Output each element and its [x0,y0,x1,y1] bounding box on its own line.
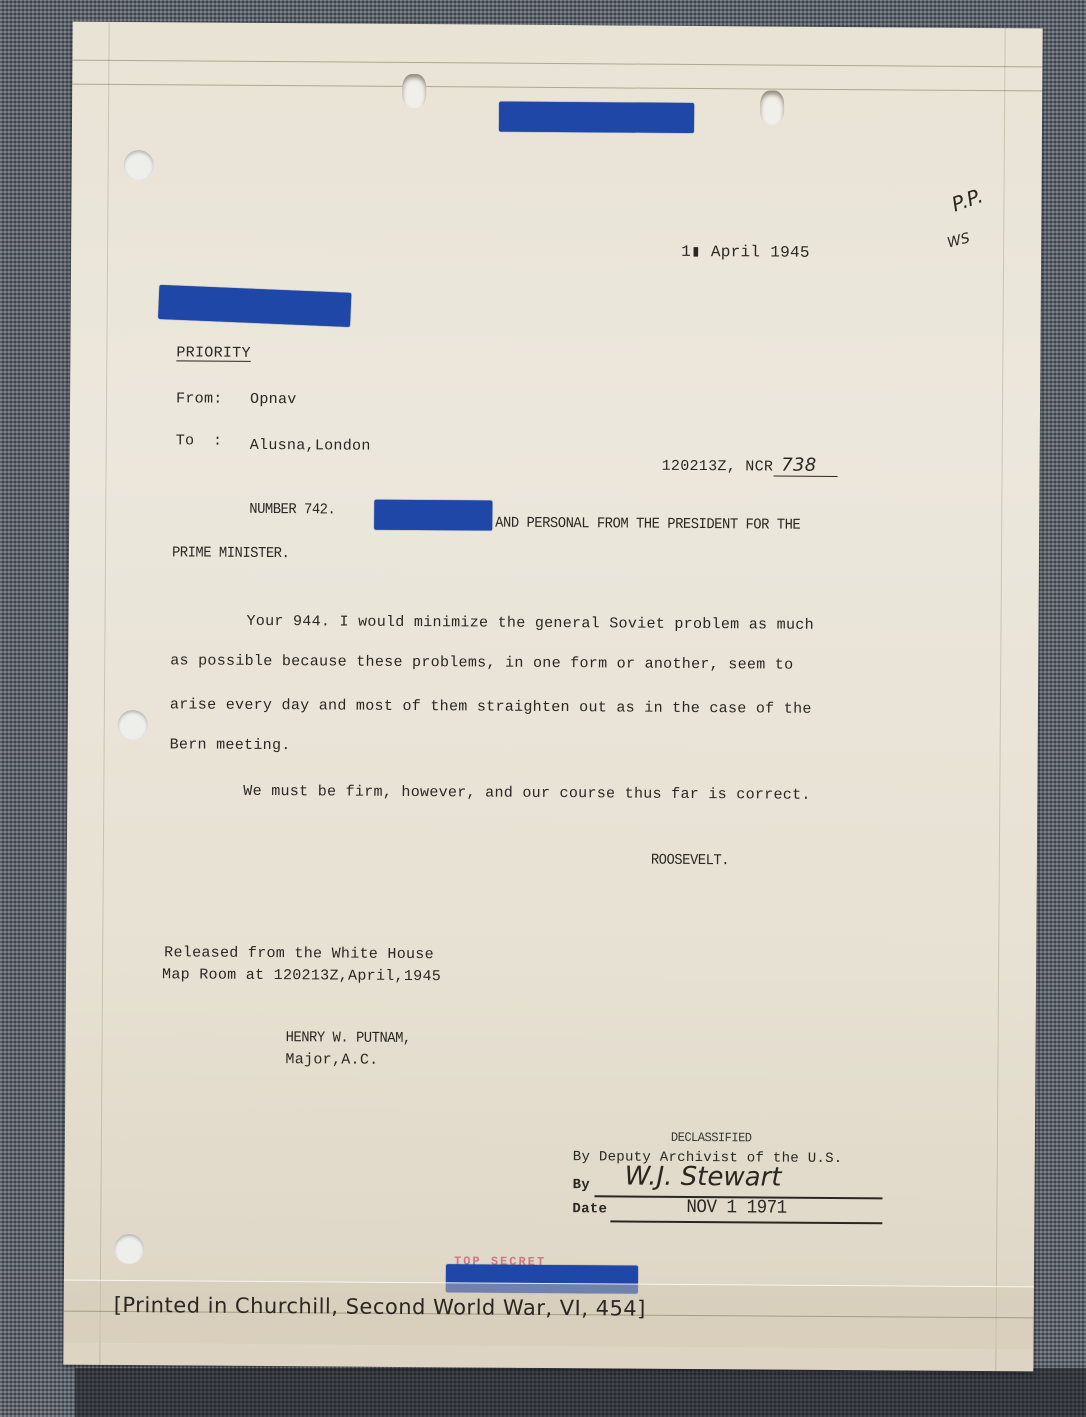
document-date: 1▮ April 1945 [681,241,810,262]
declassified-title: DECLASSIFIED [671,1130,752,1146]
handwritten-initials-ws: WS [946,230,972,251]
priority-label: PRIORITY [176,344,251,362]
body-line: as possible because these problems, in o… [170,652,793,673]
declassified-date-label: Date [572,1201,607,1217]
sleeve-fold-right [995,28,1005,1371]
subject-number: NUMBER 742. [249,501,335,519]
punch-hole-middle [118,710,148,740]
redaction-subject [374,500,492,531]
declassified-by-signature: W.J. Stewart [625,1162,782,1193]
officer-rank: Major,A.C. [285,1051,378,1069]
declassified-by-label: By [573,1177,591,1193]
handwritten-annotation: [Printed in Churchill, Second World War,… [114,1293,646,1321]
handwritten-initials-pp: P.P. [948,183,986,216]
redaction-classification [158,285,351,327]
declassified-date-value: NOV 1 1971 [686,1196,786,1219]
sleeve-line-top-1 [72,60,1042,68]
ncr-number: 738 [773,455,837,477]
punch-hole-top [124,150,154,180]
release-line-1: Released from the White House [164,944,434,963]
torn-hole-right [760,90,784,124]
from-value: Opnav [250,391,297,408]
sleeve-fold-left [99,22,109,1365]
redaction-top-stamp [499,102,694,133]
message-reference: 120213Z, NCR738 [662,454,838,477]
body-line: Your 944. I would minimize the general S… [246,613,813,634]
release-line-2: Map Room at 120213Z,April,1945 [162,966,441,985]
annotation-strip: [Printed in Churchill, Second World War,… [63,1280,1033,1350]
to-label: To : [176,432,223,449]
body-line: Bern meeting. [170,736,291,754]
display-shadow [75,1368,1086,1417]
reference-code: 120213Z, NCR [662,458,774,476]
signature-roosevelt: ROOSEVELT. [651,852,729,870]
punch-hole-bottom [114,1234,144,1264]
to-value: Alusna,London [250,437,371,455]
declassified-date-line [610,1220,882,1224]
body-line: We must be firm, however, and our course… [243,783,810,804]
subject-line-2: PRIME MINISTER. [172,544,289,562]
officer-name: HENRY W. PUTNAM, [286,1029,411,1047]
subject-line-1: AND PERSONAL FROM THE PRESIDENT FOR THE [495,515,800,534]
from-label: From: [176,390,223,407]
document-sheet: TOP SECRET P.P. WS 1▮ April 1945 PRIORIT… [63,22,1042,1372]
torn-hole-left [402,74,426,108]
body-line: arise every day and most of them straigh… [170,696,812,717]
sleeve-line-top-2 [72,84,1042,92]
